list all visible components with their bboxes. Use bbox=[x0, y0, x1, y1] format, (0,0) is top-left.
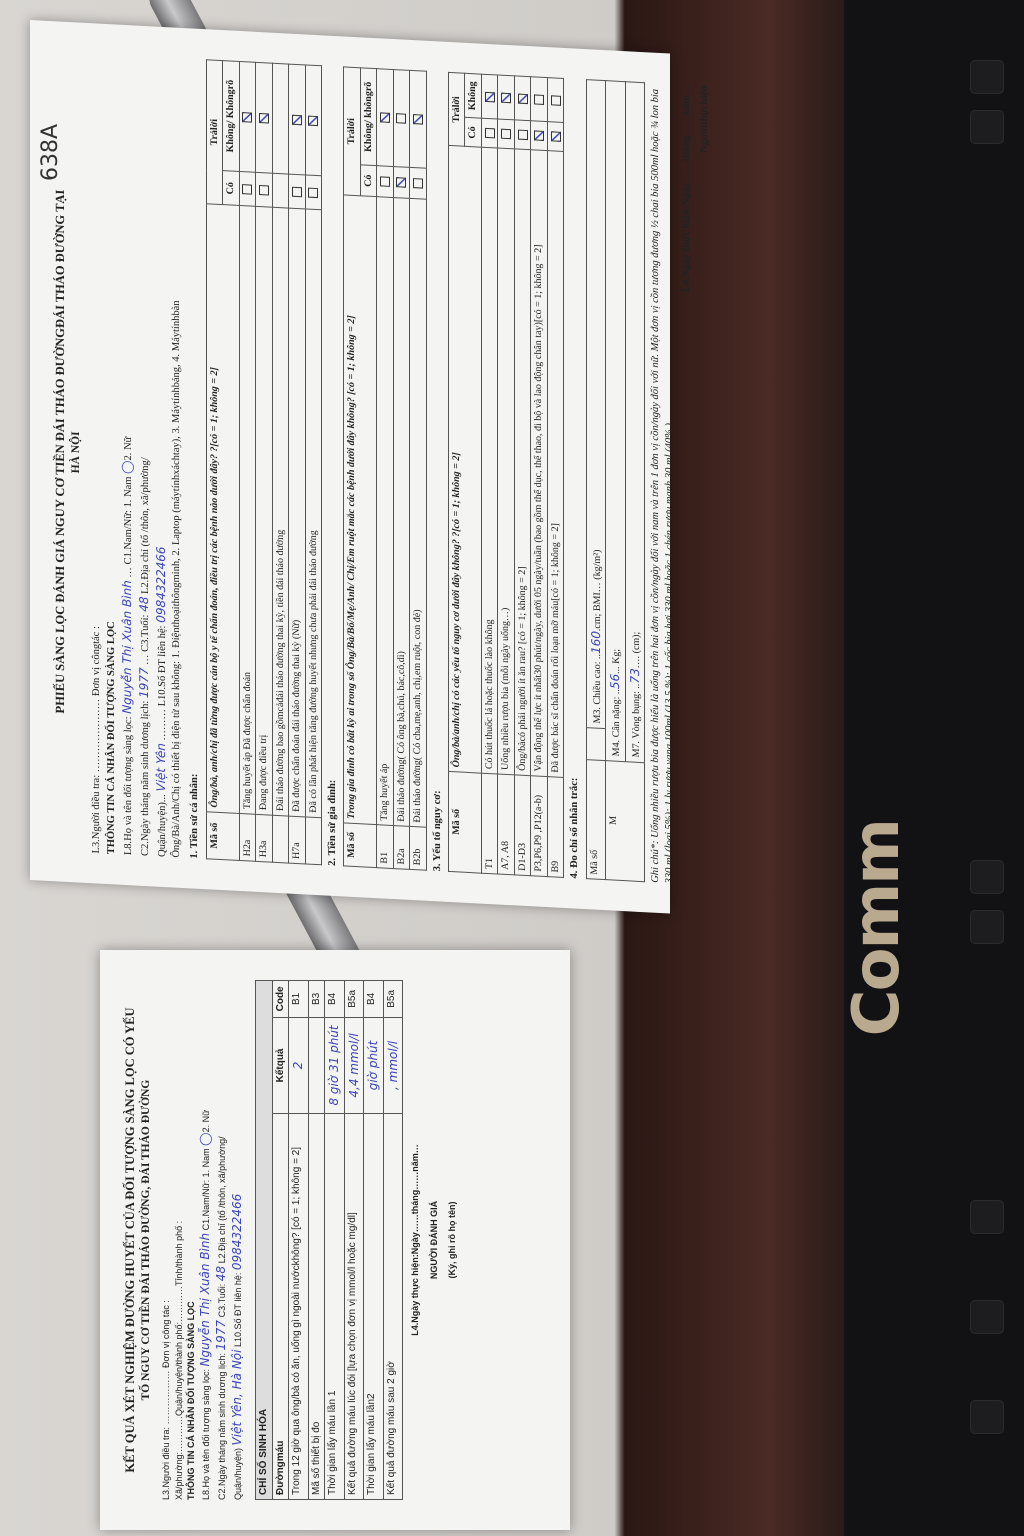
row-code: B1 bbox=[377, 825, 394, 869]
row-code: B1 bbox=[289, 981, 309, 1018]
c1-selected-circle[interactable]: ◯ bbox=[198, 1132, 212, 1145]
phone-value[interactable]: 0984322466 bbox=[230, 1194, 244, 1270]
l3-label: L3.Người điều tra: bbox=[91, 775, 102, 854]
yes-header: Có bbox=[223, 171, 240, 206]
anthropometric-table: Mã số M3. Chiều cao: ..160.cm; BMI… (kg/… bbox=[586, 79, 646, 882]
table-row: Trong 12 giờ qua ông/bà có ăn, uống gì n… bbox=[289, 981, 309, 1500]
answer-header: Trảlời bbox=[344, 67, 361, 196]
table-row: A7, A8 Uống nhiều rượu bia (mỗi ngày uốn… bbox=[498, 75, 515, 875]
no-checkbox[interactable] bbox=[242, 112, 252, 123]
yes-checkbox[interactable] bbox=[518, 130, 528, 141]
yes-checkbox[interactable] bbox=[396, 177, 406, 188]
code-header: Mã số bbox=[344, 823, 377, 867]
row-label: Đang được điều trị bbox=[256, 206, 273, 815]
c3-value[interactable]: 48 bbox=[137, 596, 151, 612]
table-row: Thời gian lấy máu lần2 giờ phút B4 bbox=[364, 981, 384, 1500]
yes-checkbox[interactable] bbox=[380, 176, 390, 187]
alcohol-note: Ghi chú*: Uống nhiều rượu bia được hiểu … bbox=[649, 82, 677, 883]
row-code: B9 bbox=[547, 777, 564, 878]
weight-value[interactable]: 56 bbox=[608, 673, 622, 689]
result-form-subtitle: TỐ NGUY CƠ TIỀN ĐÁI THÁO ĐƯỜNG, ĐÁI THÁO… bbox=[139, 980, 155, 1500]
l2-label: L2.Địa chỉ (tổ /thôn, xã/phường/ bbox=[217, 1136, 227, 1263]
yes-checkbox[interactable] bbox=[534, 131, 544, 142]
table-row: B2a Đái tháo đường( Có ông bà,chú, bác,c… bbox=[393, 70, 410, 870]
m7-label: M7. Vòng bụng: .. bbox=[631, 683, 642, 757]
section4-title: 4. Đo chỉ số nhân trắc: bbox=[568, 78, 582, 879]
row-label: Vận động thể lực ít nhất30 phút/ngày, dư… bbox=[531, 150, 548, 776]
blood-glucose-result-page: KẾT QUẢ XÉT NGHIỆM ĐƯỜNG HUYẾT CỦA ĐỐI T… bbox=[100, 950, 570, 1530]
row-code bbox=[305, 817, 322, 865]
height-value[interactable]: 160 bbox=[589, 631, 603, 655]
l8-label: L8.Họ và tên đối tượng sàng lọc: bbox=[201, 1369, 211, 1500]
district-label: Quận/huyện)... bbox=[157, 794, 168, 857]
yes-checkbox[interactable] bbox=[242, 184, 252, 195]
l2-label: L2.Địa chỉ (tổ /thôn, xã/phường/ bbox=[140, 457, 151, 594]
answer-header: Trảlời bbox=[448, 72, 465, 146]
l3-label: L3.Người điều tra: bbox=[161, 1427, 171, 1500]
row-label: Kết quả đường máu lúc đói [lựa chọn đơn … bbox=[344, 1114, 364, 1500]
row-label: Đã được chẩn đoán đái tháo đường thai kỳ… bbox=[289, 208, 306, 817]
yes-checkbox[interactable] bbox=[308, 187, 318, 198]
col-header: Đườngmáu bbox=[272, 1114, 289, 1500]
personal-info-heading: THÔNG TIN CÁ NHÂN ĐỐI TƯỢNG SÀNG LỌC bbox=[105, 54, 119, 855]
row-label: Đái tháo đường( Có ông bà,chú, bác,cô,dì… bbox=[393, 197, 410, 826]
table-row: H7a Đã được chẩn đoán đái tháo đường tha… bbox=[289, 64, 306, 864]
row-label: Đã được bác sĩ chẩn đoán rối loạn mỡ máu… bbox=[547, 151, 564, 777]
table-row: H2a Tăng huyết áp Đã được chẩn đoán bbox=[239, 61, 256, 861]
keyboard-key bbox=[970, 1300, 1004, 1334]
screening-form-page: PHIẾU SÀNG LỌC ĐÁNH GIÁ NGUY CƠ TIỀN ĐÁI… bbox=[30, 20, 670, 914]
table-row: T1 Có hút thuốc lá hoặc thuốc lào không bbox=[481, 74, 498, 874]
table-row: Kết quả đường máu sau 2 giờ , mmol/l B5a bbox=[383, 981, 403, 1500]
table-row: Mã số thiết bị đo B3 bbox=[308, 981, 325, 1500]
c1-label: C1.Nam/Nữ: 1. Nam bbox=[201, 1148, 211, 1230]
row-label: Kết quả đường máu sau 2 giờ bbox=[383, 1114, 403, 1500]
section3-title: 3. Yếu tố nguy cơ: bbox=[431, 71, 445, 872]
row-code: H3a bbox=[256, 814, 273, 862]
row-code bbox=[272, 815, 289, 863]
device-option: 2. Laptop (máytínhxáchtay) bbox=[171, 438, 182, 555]
c1-label: C1.Nam/Nữ: 1. Nam bbox=[123, 476, 134, 565]
row-code: B2b bbox=[410, 827, 427, 871]
no-header: Không bbox=[465, 73, 482, 118]
handwritten-marker: 638A bbox=[38, 124, 63, 181]
address-line: Xã/phường:…………Quận/huyện/thành phố:…………T… bbox=[173, 980, 185, 1500]
row-label: Thời gian lấy máu lần 1 bbox=[325, 1114, 345, 1500]
table-row: D1-D3 Ông/bàcó phải người ít ăn rau? [có… bbox=[514, 76, 531, 876]
biochem-section: CHỈ SỐ SINH HÓA bbox=[256, 981, 273, 1500]
device-option: 1. Điệnthoạithôngminh bbox=[171, 561, 182, 659]
table-row: H3a Đang được điều trị bbox=[256, 62, 273, 862]
c1-selected-circle[interactable]: ◯ bbox=[120, 460, 134, 474]
c1-option2: 2. Nữ bbox=[123, 436, 134, 460]
no-checkbox[interactable] bbox=[518, 93, 528, 104]
evaluator-note: (Ký, ghi rõ họ tên) bbox=[446, 980, 458, 1500]
result-field[interactable]: 8 giờ 31 phút bbox=[327, 1025, 341, 1105]
row-label: Trong 12 giờ qua ông/bà có ăn, uống gì n… bbox=[289, 1114, 309, 1500]
device-option: 3. Máytínhbảng bbox=[171, 367, 182, 434]
signer-label: Ngườithựchiện bbox=[698, 85, 712, 886]
keyboard bbox=[844, 0, 1024, 1536]
row-label: Uống nhiều rượu bia (mỗi ngày uống…) bbox=[498, 148, 515, 774]
district-label: Quận/huyện) bbox=[233, 1448, 243, 1500]
evaluator-label: NGƯỜI ĐÁNH GIÁ bbox=[428, 980, 440, 1500]
section2-table: Mã số Trong gia đình có bất kỳ ai trong … bbox=[343, 66, 427, 870]
date-line: L4.Ngày thực hiện:Ngày……tháng……năm… bbox=[409, 980, 421, 1500]
row-label: Mã số thiết bị đo bbox=[308, 1114, 325, 1500]
row-code: A7, A8 bbox=[498, 774, 515, 875]
c2-value[interactable]: 1977 bbox=[214, 1320, 228, 1351]
table-row: B1 Tăng huyết áp bbox=[377, 69, 394, 869]
no-checkbox[interactable] bbox=[396, 113, 406, 124]
yes-checkbox[interactable] bbox=[551, 132, 561, 143]
no-checkbox[interactable] bbox=[413, 114, 423, 125]
yes-header: Có bbox=[360, 165, 377, 196]
form-subtitle: HÀ NỘI bbox=[69, 52, 85, 853]
keyboard-key bbox=[970, 1400, 1004, 1434]
keyboard-key bbox=[970, 60, 1004, 94]
table-row: B2b Đái tháo đường( Có cha,mẹ,anh, chị,e… bbox=[410, 70, 427, 870]
section3-table: Mã số Ông/bà/anh/chị có các yếu tố nguy … bbox=[448, 72, 565, 878]
l8-name-value[interactable]: Nguyễn Thị Xuân Bình bbox=[120, 580, 134, 714]
c3-label: C3.Tuổi: bbox=[217, 1284, 227, 1318]
answer-header: Trảlời bbox=[206, 60, 223, 205]
personal-info-heading: THÔNG TIN CÁ NHÂN ĐỐI TƯỢNG SÀNG LỌC bbox=[185, 980, 197, 1500]
brand-label: Comm bbox=[840, 820, 914, 1036]
question-header: Ông/bà, anh/chị đã từng được cán bộ y tế… bbox=[206, 204, 239, 814]
no-checkbox[interactable] bbox=[380, 112, 390, 123]
c3-label: C3.Tuổi: bbox=[140, 614, 151, 652]
m4-unit: ... Kg; bbox=[611, 649, 622, 675]
row-label: Đã có lần phát hiện tăng đường huyết như… bbox=[305, 209, 322, 818]
device-question: Ông/Bà/Anh/Chị có thiết bị điện tử sau k… bbox=[171, 661, 182, 858]
code-header: Mã số bbox=[586, 759, 606, 879]
row-code: P3,P6,P9 ,P12(a-b) bbox=[531, 776, 548, 877]
district-value[interactable]: Việt Yên bbox=[154, 743, 168, 792]
row-code: H2a bbox=[239, 813, 256, 861]
code-header: Mã số bbox=[206, 812, 239, 861]
no-checkbox[interactable] bbox=[551, 95, 561, 106]
row-code: B2a bbox=[393, 826, 410, 870]
l10-label: L10.Số ĐT liên hệ: bbox=[233, 1273, 243, 1347]
table-row: P3,P6,P9 ,P12(a-b) Vận động thể lực ít n… bbox=[531, 77, 548, 877]
yes-checkbox[interactable] bbox=[292, 186, 302, 197]
row-code: B3 bbox=[308, 981, 325, 1018]
section2-title: 2. Tiền sử gia đình: bbox=[326, 66, 340, 867]
row-code: B4 bbox=[325, 981, 345, 1018]
row-label: Có hút thuốc lá hoặc thuốc lào không bbox=[481, 148, 498, 774]
yes-checkbox[interactable] bbox=[413, 178, 423, 189]
l10-label: L10.Số ĐT liên hệ: bbox=[157, 625, 168, 706]
col-header: Code bbox=[272, 981, 289, 1018]
date-line: L4.Ngày thực hiện:Ngày……tháng……năm… bbox=[680, 84, 694, 885]
code-m: M bbox=[606, 760, 645, 881]
row-code: B5a bbox=[383, 981, 403, 1018]
table-row: Đã có lần phát hiện tăng đường huyết như… bbox=[305, 65, 322, 865]
c1-option2: 2. Nữ bbox=[201, 1110, 211, 1133]
result-field[interactable]: 4,4 mmol/l bbox=[347, 1033, 361, 1097]
table-row: Đái tháo đường bao gồmcảđái tháo đường t… bbox=[272, 63, 289, 863]
row-label: Tăng huyết áp bbox=[377, 197, 394, 826]
result-field[interactable]: , mmol/l bbox=[386, 1041, 400, 1090]
keyboard-key bbox=[970, 1200, 1004, 1234]
c2-value[interactable]: 1977 bbox=[137, 667, 151, 698]
question-header: Trong gia đình có bất kỳ ai trong số Ông… bbox=[344, 195, 377, 825]
section1-title: 1. Tiền sử cá nhân: bbox=[188, 58, 202, 859]
no-header: Không/ khôngrõ bbox=[360, 68, 377, 166]
no-checkbox[interactable] bbox=[534, 94, 544, 105]
col-header: Kếtquả bbox=[272, 1017, 289, 1113]
table-row: B9 Đã được bác sĩ chẩn đoán rối loạn mỡ … bbox=[547, 78, 564, 878]
l8-label: L8.Họ và tên đối tượng sàng lọc: bbox=[123, 716, 134, 855]
row-label: Tăng huyết áp Đã được chẩn đoán bbox=[239, 206, 256, 815]
yes-header: Có bbox=[465, 118, 482, 148]
no-checkbox[interactable] bbox=[485, 91, 495, 102]
row-code: H7a bbox=[289, 816, 306, 864]
row-code: B4 bbox=[364, 981, 384, 1018]
row-code: T1 bbox=[481, 773, 498, 874]
m4-label: M4. Cân nặng: .. bbox=[611, 689, 622, 757]
waist-value[interactable]: 73 bbox=[628, 668, 642, 684]
keyboard-key bbox=[970, 860, 1004, 894]
no-checkbox[interactable] bbox=[292, 114, 302, 125]
m3-label: M3. Chiều cao: .. bbox=[592, 654, 603, 724]
section1-table: Mã số Ông/bà, anh/chị đã từng được cán b… bbox=[206, 59, 323, 865]
result-field[interactable]: giờ phút bbox=[366, 1041, 380, 1091]
table-row: Kết quả đường máu lúc đói [lựa chọn đơn … bbox=[344, 981, 364, 1500]
c2-label: C2.Ngày tháng năm sinh dương lịch: bbox=[140, 700, 151, 856]
c3-value[interactable]: 48 bbox=[214, 1266, 228, 1281]
row-code: D1-D3 bbox=[514, 775, 531, 876]
m7-unit: …. (cm); bbox=[631, 631, 642, 668]
yes-checkbox[interactable] bbox=[485, 128, 495, 139]
row-label: Đái tháo đường( Có cha,mẹ,anh, chị,em ru… bbox=[410, 198, 427, 827]
yes-checkbox[interactable] bbox=[501, 129, 511, 140]
result-form-title: KẾT QUẢ XÉT NGHIỆM ĐƯỜNG HUYẾT CỦA ĐỐI T… bbox=[122, 980, 139, 1500]
m3-unit: .cm; BMI… (kg/m²) bbox=[592, 549, 603, 631]
row-label: Đái tháo đường bao gồmcảđái tháo đường t… bbox=[272, 207, 289, 816]
c2-label: C2.Ngày tháng năm sinh dương lịch: bbox=[217, 1353, 227, 1500]
code-header: Mã số bbox=[448, 771, 481, 873]
l8-name-value[interactable]: Nguyễn Thị Xuân Bình bbox=[198, 1233, 212, 1367]
row-label: Ông/bàcó phải người ít ăn rau? [có = 1; … bbox=[514, 149, 531, 775]
district-value[interactable]: Việt Yên, Hà Nội bbox=[230, 1350, 244, 1446]
keyboard-key bbox=[970, 110, 1004, 144]
phone-value[interactable]: 0984322466 bbox=[154, 546, 168, 623]
no-checkbox[interactable] bbox=[259, 113, 269, 124]
no-header: Không/ Khôngrõ bbox=[223, 61, 240, 172]
yes-checkbox[interactable] bbox=[259, 185, 269, 196]
no-checkbox[interactable] bbox=[308, 115, 318, 126]
device-option: 4. Máytínhbàn bbox=[171, 300, 182, 362]
row-code: B5a bbox=[344, 981, 364, 1018]
no-checkbox[interactable] bbox=[501, 92, 511, 103]
biochem-table: CHỈ SỐ SINH HÓA Đườngmáu Kếtquả Code Tro… bbox=[255, 980, 403, 1500]
row-label: Thời gian lấy máu lần2 bbox=[364, 1114, 384, 1500]
unit-label: Đơn vị công tác : bbox=[161, 1300, 171, 1368]
table-row: Thời gian lấy máu lần 1 8 giờ 31 phút B4 bbox=[325, 981, 345, 1500]
keyboard-key bbox=[970, 910, 1004, 944]
question-header: Ông/bà/anh/chị có các yếu tố nguy cơ dướ… bbox=[448, 146, 481, 773]
unit-label: Đơn vị côngtác : bbox=[91, 626, 102, 697]
result-field[interactable]: 2 bbox=[291, 1062, 305, 1070]
